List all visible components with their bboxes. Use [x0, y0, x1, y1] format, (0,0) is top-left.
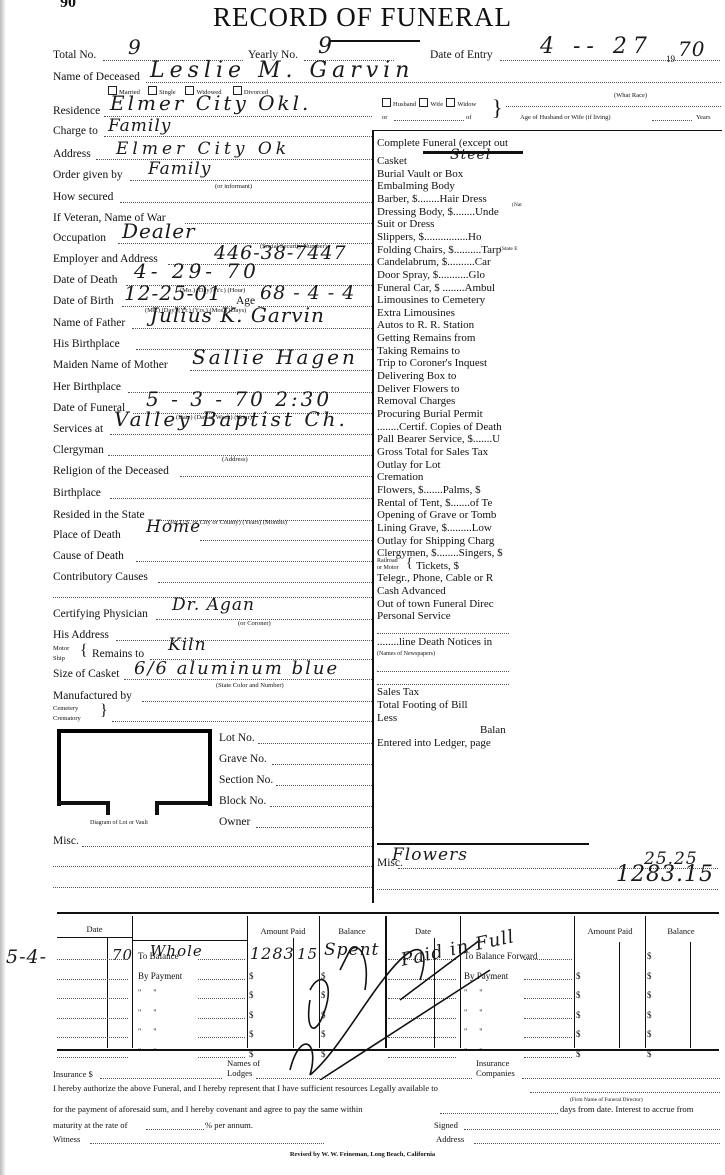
charges-box-border [372, 130, 374, 903]
ledger-row-desc: " " [138, 1008, 157, 1017]
ledger-row-amount: $ [576, 1027, 581, 1041]
his-address-label: His Address [53, 628, 109, 642]
date-of-entry-label: Date of Entry [430, 48, 493, 62]
ledger-row-balance: $ [647, 969, 652, 983]
ledger-row-amount: $ [576, 969, 581, 983]
ledger-desc-field[interactable] [524, 959, 572, 960]
birthplace-field[interactable] [110, 498, 372, 499]
ledger-left-col-2 [107, 938, 108, 1048]
or-coroner-note: (or Coroner) [238, 620, 271, 628]
manufactured-by-label: Manufactured by [53, 689, 132, 703]
misc-amount-2: 1283.15 [616, 866, 714, 884]
address-value: Elmer City Ok [116, 140, 290, 158]
ledger-left-row1-year: 70 [112, 946, 133, 964]
ledger-top-rule [57, 912, 719, 914]
ledger-left-row1-desc-hand: Whole [150, 942, 203, 960]
ledger-date-field[interactable] [57, 998, 128, 999]
date-of-entry-value: 4 -- 27 [540, 38, 653, 56]
age-value: 68 - 4 - 4 [260, 284, 355, 302]
ledger-desc-field[interactable] [198, 1037, 245, 1038]
address-field[interactable] [96, 159, 372, 160]
cause-of-death-field[interactable] [136, 561, 372, 562]
misc-right-field-2[interactable] [377, 889, 718, 890]
charge-to-value: Family [108, 117, 171, 135]
ledger-right-col-3 [574, 916, 575, 1048]
clergy-address-note: (Address) [222, 456, 248, 464]
spouse-group: Husband Wife Widow [382, 98, 476, 109]
date-of-birth-label: Date of Birth [53, 294, 114, 308]
diagram-caption: Diagram of Lot or Vault [90, 819, 148, 827]
ledger-row-amount: $ [249, 988, 254, 1002]
companies-field[interactable] [522, 1078, 720, 1079]
firm-name-note: (Firm Name of Funeral Director) [570, 1096, 643, 1104]
ledger-desc-field[interactable] [198, 959, 245, 960]
spouse-husband[interactable]: Husband [382, 101, 416, 108]
ledger-right-amount-header: Amount Paid [575, 926, 645, 936]
insurance-field[interactable] [100, 1078, 222, 1079]
ledger-row-amount: $ [576, 1008, 581, 1022]
order-given-by-label: Order given by [53, 168, 123, 182]
birthplace-label: Birthplace [53, 486, 101, 500]
yearly-no-value: 9 [318, 38, 333, 56]
misc-label: Misc. [53, 834, 79, 848]
name-of-deceased-label: Name of Deceased [53, 70, 140, 84]
payment-days-field[interactable] [440, 1113, 558, 1114]
services-at-label: Services at [53, 422, 103, 436]
authorization-line-3: maturity at the rate of [53, 1120, 127, 1130]
residence-value: Elmer City Okl. [110, 94, 311, 112]
manufactured-by-field[interactable] [142, 701, 372, 702]
block-no-field[interactable] [270, 806, 372, 807]
authorization-line-2: for the payment of aforesaid sum, and I … [53, 1104, 363, 1114]
misc-field[interactable] [82, 846, 372, 847]
charge-item: Entered into Ledger, page [377, 736, 522, 750]
spouse-name-field[interactable] [506, 106, 721, 107]
his-birthplace-label: His Birthplace [53, 337, 120, 351]
funeral-director-field[interactable] [530, 1092, 720, 1093]
ledger-right-col-6 [690, 942, 691, 1048]
spouse-brace: } [492, 96, 503, 120]
grave-no-field[interactable] [272, 764, 372, 765]
name-of-father-field[interactable] [132, 328, 372, 329]
railroad-brace: { [406, 556, 413, 572]
title-underline [330, 40, 420, 42]
ledger-desc-field[interactable] [198, 998, 245, 999]
religion-label: Religion of the Deceased [53, 464, 169, 478]
signed-label: Signed [434, 1120, 458, 1130]
years-label: Years [696, 114, 711, 122]
lot-diagram-gate-right [155, 801, 159, 815]
ledger-desc-field[interactable] [198, 1018, 245, 1019]
page-edge [0, 0, 6, 1175]
ledger-row-amount: $ [249, 1008, 254, 1022]
ledger-row-desc: " " [138, 988, 157, 997]
authorization-line-1: I hereby authorize the above Funeral, an… [53, 1083, 438, 1093]
ledger-desc-field[interactable] [524, 998, 572, 999]
clergyman-label: Clergyman [53, 443, 104, 457]
charge-item: Personal Service [377, 609, 522, 623]
date-of-birth-value: 12-25-01 [124, 284, 222, 302]
ledger-desc-field[interactable] [524, 1057, 572, 1058]
motor-label: Motor [53, 645, 69, 653]
ledger-date-field[interactable] [57, 979, 128, 980]
widow-checkbox[interactable] [446, 98, 455, 107]
footer-address-field[interactable] [474, 1143, 720, 1144]
nat-note: (Nat [512, 201, 522, 209]
charges-top-rule [372, 130, 722, 131]
husband-checkbox[interactable] [382, 98, 391, 107]
age-spouse-field[interactable] [652, 120, 692, 121]
witness-label: Witness [53, 1134, 80, 1144]
lot-diagram [57, 729, 212, 806]
lodges-field[interactable] [256, 1078, 472, 1079]
interest-rate-field[interactable] [146, 1129, 204, 1130]
order-given-by-value: Family [148, 160, 211, 178]
lot-diagram-bottom-left [57, 801, 109, 805]
her-birthplace-label: Her Birthplace [53, 380, 121, 394]
occupation-value: Dealer [122, 222, 196, 240]
misc-field-2[interactable] [53, 866, 372, 867]
companies-label-bottom: Companies [476, 1068, 515, 1078]
religion-field[interactable] [180, 476, 372, 477]
remains-to-value: Kiln [168, 636, 207, 654]
section-no-label: Section No. [219, 773, 273, 787]
year-prefix: 19 [666, 52, 675, 66]
total-no-label: Total No. [53, 48, 96, 62]
ledger-left-date-header: Date [57, 924, 132, 934]
age-spouse-label: Age of Husband or Wife (if living) [520, 114, 611, 122]
lot-no-label: Lot No. [219, 731, 255, 745]
ledger-right-balance-header: Balance [646, 926, 716, 936]
owner-field[interactable] [256, 827, 372, 828]
residence-label: Residence [53, 104, 100, 118]
ledger-row-balance: $ [647, 1027, 652, 1041]
spouse-of-label: of [466, 114, 471, 122]
certifying-physician-value: Dr. Agan [172, 596, 255, 614]
section-no-field[interactable] [276, 785, 372, 786]
ledger-row-desc: " " [138, 1027, 157, 1036]
spouse-or-label: or [382, 114, 387, 122]
ledger-desc-field[interactable] [524, 979, 572, 980]
companies-label-top: Insurance [476, 1058, 509, 1068]
name-of-father-value: Julius K. Garvin [150, 306, 325, 324]
ledger-date-field[interactable] [57, 959, 128, 960]
name-of-father-label: Name of Father [53, 316, 125, 330]
ledger-date-field[interactable] [57, 1037, 128, 1038]
charge-item: (Names of Newspapers) [377, 647, 522, 661]
ledger-left-col-1 [132, 916, 133, 1048]
ledger-desc-field[interactable] [524, 1037, 572, 1038]
signed-field[interactable] [464, 1129, 720, 1130]
address-label-footer: Address [436, 1134, 464, 1144]
mother-maiden-name-value: Sallie Hagen [192, 348, 358, 366]
ledger-right-col-5 [645, 916, 646, 1048]
date-of-funeral-value: 5 - 3 - 70 2:30 [146, 390, 332, 408]
lot-diagram-gate-left [106, 801, 110, 815]
date-of-death-value: 4- 29- 70 [134, 262, 260, 280]
cemetery-field[interactable] [112, 721, 372, 722]
wife-checkbox[interactable] [419, 98, 428, 107]
size-of-casket-value: 6/6 aluminum blue [134, 660, 339, 678]
ledger-row-amount: $ [576, 1047, 581, 1061]
ledger-row-balance: $ [647, 949, 652, 963]
ledger-row-desc: By Payment [138, 969, 182, 983]
services-at-field[interactable] [110, 434, 372, 435]
owner-label: Owner [219, 815, 250, 829]
ledger-left-col-3 [247, 916, 248, 1048]
contributory-causes-label: Contributory Causes [53, 570, 148, 584]
casket-color-note: (State Color and Number) [216, 682, 284, 690]
motor-ship-brace: { [80, 642, 88, 660]
ledger-row-desc: " " [138, 1047, 157, 1056]
cause-of-death-label: Cause of Death [53, 549, 124, 563]
ledger-date-field[interactable] [57, 1018, 128, 1019]
lodges-label-bottom: Lodges [227, 1068, 252, 1078]
state-note: (State E [500, 245, 518, 253]
contributory-causes-field[interactable] [158, 582, 372, 583]
lodges-label-top: Names of [227, 1058, 260, 1068]
ledger-left-row1-date-margin: 5-4- [6, 948, 47, 966]
his-address-field[interactable] [116, 640, 372, 641]
name-of-deceased-value: Leslie M. Garvin [150, 62, 414, 80]
order-given-by-field[interactable] [130, 180, 372, 181]
ledger-desc-field[interactable] [524, 1018, 572, 1019]
ledger-row-balance: $ [647, 1047, 652, 1061]
authorization-line-3-end: % per annum. [205, 1120, 253, 1130]
ledger-row-amount: $ [249, 969, 254, 983]
ship-label: Ship [53, 655, 65, 663]
authorization-line-2-end: days from date. Interest to accrue from [560, 1104, 693, 1114]
place-of-death-value: Home [146, 518, 201, 536]
spouse-widow[interactable]: Widow [446, 101, 476, 108]
charge-to-field[interactable] [104, 136, 372, 137]
misc-field-3[interactable] [53, 887, 372, 888]
occupation-label: Occupation [53, 231, 106, 245]
how-secured-field[interactable] [120, 202, 372, 203]
address-label: Address [53, 147, 91, 161]
spouse-or-field[interactable] [394, 120, 464, 121]
services-at-value: Valley Baptist Ch. [114, 410, 348, 428]
ledger-row-balance: $ [647, 1008, 652, 1022]
ledger-left-header-rule [57, 937, 132, 938]
lot-no-field[interactable] [258, 743, 372, 744]
block-no-label: Block No. [219, 794, 266, 808]
how-secured-label: How secured [53, 190, 113, 204]
ledger-desc-field[interactable] [198, 979, 245, 980]
spouse-wife[interactable]: Wife [419, 101, 443, 108]
mother-maiden-name-label: Maiden Name of Mother [53, 358, 168, 372]
date-of-death-label: Date of Death [53, 273, 118, 287]
witness-field[interactable] [90, 1143, 324, 1144]
veteran-field[interactable] [185, 223, 372, 224]
cemetery-label: Cemetery [53, 705, 78, 713]
page-title: RECORD OF FUNERAL [0, 2, 725, 33]
grave-no-label: Grave No. [219, 752, 267, 766]
ledger-right-col-4 [619, 942, 620, 1048]
ledger-row-amount: $ [576, 988, 581, 1002]
ledger-row-balance: $ [647, 988, 652, 1002]
ledger-left-header-rule-2 [132, 940, 247, 941]
resided-in-state-label: Resided in the State [53, 508, 145, 522]
place-of-death-label: Place of Death [53, 528, 121, 542]
year-value: 70 [678, 40, 705, 58]
ledger-date-field[interactable] [57, 1057, 128, 1058]
ledger-row-amount: $ [249, 1027, 254, 1041]
insurance-label: Insurance $ [53, 1069, 93, 1079]
crematory-label: Crematory [53, 715, 81, 723]
charge-to-label: Charge to [53, 124, 98, 138]
certifying-physician-label: Certifying Physician [53, 607, 148, 621]
charges-blank-line[interactable] [377, 671, 509, 672]
what-race-label: (What Race) [614, 92, 647, 100]
lot-diagram-bottom-right [155, 801, 208, 805]
total-no-value: 9 [128, 38, 142, 56]
misc-right-value: Flowers [392, 846, 468, 864]
size-of-casket-field[interactable] [124, 679, 372, 680]
or-informant-note: (or informant) [215, 183, 252, 191]
revised-credit: Revised by W. W. Feineman, Long Beach, C… [0, 1151, 725, 1158]
size-of-casket-label: Size of Casket [53, 667, 119, 681]
place-of-death-field[interactable] [200, 540, 372, 541]
mother-maiden-name-field[interactable] [190, 370, 372, 371]
cemetery-brace: } [100, 702, 108, 720]
